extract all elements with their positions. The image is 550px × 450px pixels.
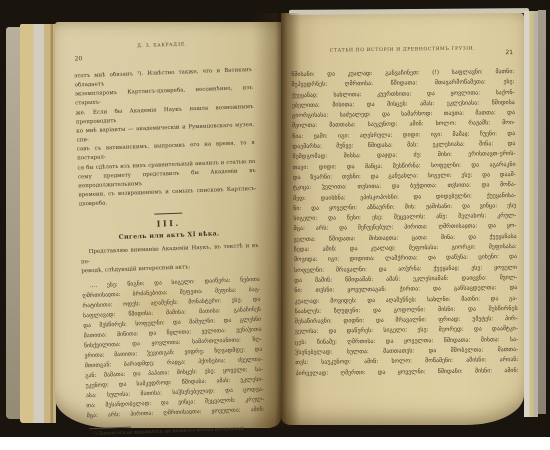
- georgian-text-left: .... ესე: წიგნი: და სიგელი: დაიწერა: ნებ…: [82, 275, 265, 421]
- bottom-white-strip: [0, 437, 550, 450]
- right-page-header-row: СТАТЬИ ПО ИСТОРІИ И ДРЕВНОСТЯМЪ ГРУЗІИ. …: [291, 46, 514, 65]
- section-title: Сигель или актъ XI вѣка.: [80, 229, 258, 243]
- left-page-content: Д. З. БАКРАДЗЕ. 20 этотъ мнѣ обязанъ ¹).…: [73, 40, 266, 437]
- georgian-text-right: წმისანი: და კუალად: განვაჩინეთ: (!) საფლ…: [291, 67, 518, 379]
- left-page-edges: [20, 24, 56, 423]
- right-cover-edge: [538, 10, 546, 414]
- right-page-content: СТАТЬИ ПО ИСТОРІИ И ДРЕВНОСТЯМЪ ГРУЗІИ. …: [291, 46, 519, 379]
- body-paragraph: этотъ мнѣ обязанъ ¹). Извѣстно также, чт…: [74, 66, 257, 210]
- page-number-right: 21: [505, 49, 513, 56]
- footnote-divider: [89, 426, 131, 429]
- section-divider: [154, 213, 182, 215]
- intro-paragraph: Представляю вниманію Академіи Наукъ, въ …: [81, 242, 260, 276]
- page-number-left: 20: [74, 55, 82, 62]
- book-photo-stage: Д. З. БАКРАДЗЕ. 20 этотъ мнѣ обязанъ ¹).…: [0, 0, 550, 450]
- right-page-edges: [524, 11, 538, 417]
- photo-background: Д. З. БАКРАДЗЕ. 20 этотъ мнѣ обязанъ ¹).…: [0, 0, 550, 437]
